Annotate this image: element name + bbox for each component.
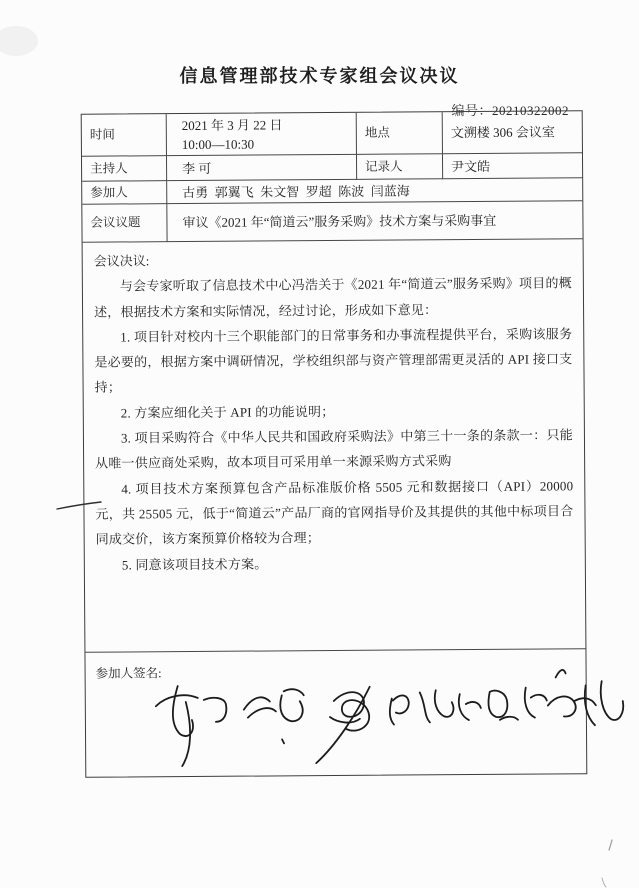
host-value-cell: 李 可 [167,155,357,181]
location-value-cell: 文溯楼 306 会议室 [443,111,582,154]
signature-cell: 参加人签名: [85,649,586,776]
topic-label-cell: 会议议题 [82,204,167,243]
decision-paragraph: 与会专家听取了信息技术中心冯浩关于《2021 年“简道云”服务采购》项目的概述，… [94,271,572,325]
signature-6 [548,669,624,725]
signature-1 [156,686,227,766]
page-title: 信息管理部技术专家组会议决议 [0,62,639,88]
decision-paragraph: 1. 项目针对校内十三个职能部门的日常事务和办事流程提供平台，采购该服务是必要的… [94,321,573,400]
decision-cell: 会议决议: 与会专家听取了信息技术中心冯浩关于《2021 年“简道云”服务采购》… [83,239,586,652]
location-label-cell: 地点 [357,112,443,155]
time-date: 2021 年 3 月 22 日 [182,115,283,135]
handwritten-signatures [85,655,631,777]
participants-value-cell: 古勇 郭翼飞 朱文智 罗超 陈波 闫蓝海 [167,178,582,204]
margin-dash-mark [55,498,105,514]
time-value-cell: 2021 年 3 月 22 日 10:00—10:30 [167,113,357,156]
time-label-cell: 时间 [82,114,167,157]
decision-paragraph: 4. 项目技术方案预算包含产品标准版价格 5505 元和数据接口（API）200… [95,473,574,552]
time-range: 10:00—10:30 [182,134,254,154]
scan-artifact-specks [598,836,622,888]
signature-2 [244,689,304,743]
topic-value-cell: 审议《2021 年“简道云”服务采购》技术方案与采购事宜 [167,201,582,242]
decision-heading: 会议决议: [94,245,572,274]
decision-paragraph: 5. 同意该项目技术方案。 [96,549,574,578]
signature-4 [390,690,481,725]
participants-label-cell: 参加人 [82,181,167,205]
recorder-value-cell: 尹文皓 [443,153,582,179]
scan-artifact-blob [0,26,38,56]
host-label-cell: 主持人 [82,156,167,182]
decision-paragraph: 2. 方案应细化关于 API 的功能说明； [95,397,573,426]
decision-paragraph: 3. 项目采购符合《中华人民共和国政府采购法》中第三十一条的条款一：只能从唯一供… [95,422,573,476]
recorder-label-cell: 记录人 [357,154,443,180]
meeting-minutes-table: 时间 2021 年 3 月 22 日 10:00—10:30 地点 文溯楼 30… [81,110,588,777]
signature-3 [316,687,371,763]
scanned-document-page: 信息管理部技术专家组会议决议 编号：20210322002 时间 2021 年 … [0,0,639,888]
signature-5 [488,688,547,720]
